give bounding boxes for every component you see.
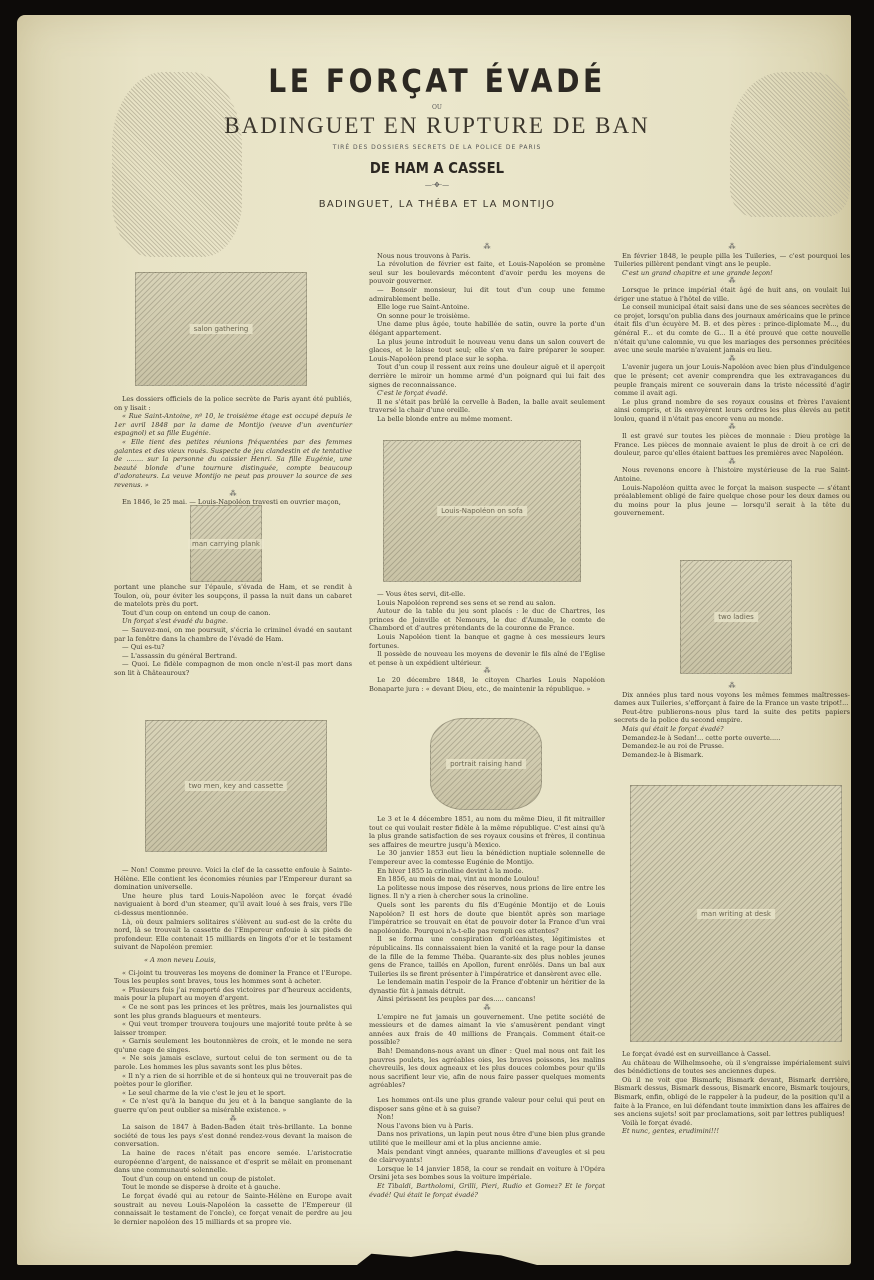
paragraph: Tout d'un coup on entend un coup de cano… [114, 609, 352, 618]
paragraph: Le conseil municipal était saisi dans un… [614, 303, 850, 355]
fleuron-ornament: —·✥·— [0, 181, 874, 189]
sofa-scene-illustration: Louis-Napoléon on sofa [383, 440, 581, 582]
paragraph: Une heure plus tard Louis-Napoléon avec … [114, 892, 352, 918]
paragraph: Un forçat s'est évadé du bagne. [114, 617, 352, 626]
paragraph: C'est le forçat évadé. [369, 389, 605, 398]
two-ladies-illustration: two ladies [680, 560, 792, 674]
paragraph: La haine de races n'était pas encore sem… [114, 1149, 352, 1175]
paragraph: Demandez-le à Bismark. [614, 751, 850, 760]
paragraph: La saison de 1847 à Baden-Baden était tr… [114, 1123, 352, 1149]
paragraph: Les dossiers officiels de la police secr… [114, 395, 352, 412]
paragraph: Lorsque le 14 janvier 1858, la cour se r… [369, 1165, 605, 1182]
left-column-escape: portant une planche sur l'épaule, s'évad… [114, 583, 352, 678]
paragraph: En 1856, au mois de mai, vint au monde L… [369, 875, 605, 884]
title-conjunction: OU [0, 104, 874, 111]
right-column-sedan: ⁂ Dix années plus tard nous voyons les m… [614, 682, 850, 759]
masthead: LE FORÇAT ÉVADÉ OU BADINGUET EN RUPTURE … [0, 62, 874, 210]
separator: ⁂ [614, 682, 850, 691]
paragraph: Louis Napoléon tient la banque et gagne … [369, 633, 605, 650]
paragraph: — Vous êtes servi, dit-elle. [369, 590, 605, 599]
paragraph: « Rue Saint-Antoine, nº 10, le troisième… [114, 412, 352, 438]
paragraph: Il se forma une conspiration d'orléanist… [369, 935, 605, 978]
paragraph: Voilà le forçat évadé. [614, 1119, 850, 1128]
paragraph: Peut-être publierons-nous plus tard la s… [614, 708, 850, 725]
paragraph: Le plus grand nombre de ses royaux cousi… [614, 398, 850, 424]
paragraph: Nous nous trouvons à Paris. [369, 252, 605, 261]
separator: ⁂ [369, 1004, 605, 1013]
paragraph: portant une planche sur l'épaule, s'évad… [114, 583, 352, 609]
separator: ⁂ [369, 667, 605, 676]
paragraph: Et nunc, gentes, erudimini!!! [614, 1127, 850, 1136]
paragraph: « A mon neveu Louis, [114, 956, 352, 965]
paragraph: Bah! Demandons-nous avant un dîner : Que… [369, 1047, 605, 1090]
paragraph: « Ne sois jamais esclave, surtout celui … [114, 1054, 352, 1071]
paragraph: Dans nos privations, un lapin peut nous … [369, 1130, 605, 1147]
paragraph: Le 30 janvier 1853 eut lieu la bénédicti… [369, 849, 605, 866]
paragraph: La plus jeune introduit le nouveau venu … [369, 338, 605, 364]
hand-raising-portrait-illustration: portrait raising hand [430, 718, 542, 810]
paragraph: Nous revenons encore à l'histoire mystér… [614, 466, 850, 483]
paragraph: « Garnis seulement les boutonnières de c… [114, 1037, 352, 1054]
poster-title: LE FORÇAT ÉVADÉ [52, 62, 821, 100]
paragraph: Tout d'un coup il ressent aux reins une … [369, 363, 605, 389]
paragraph: Dix années plus tard nous voyons les mêm… [614, 691, 850, 708]
middle-column-empire: Le 3 et le 4 décembre 1851, au nom du mê… [369, 815, 605, 1199]
paragraph: — Sauvez-moi, on me poursuit, s'écria le… [114, 626, 352, 643]
separator: ⁂ [614, 355, 850, 364]
paragraph: Quels sont les parents du fils d'Eugénie… [369, 901, 605, 935]
paragraph: Le 20 décembre 1848, le citoyen Charles … [369, 676, 605, 693]
paragraph: « Ce n'est qu'à la banque du jeu et à la… [114, 1097, 352, 1114]
paragraph: L'avenir jugera un jour Louis-Napoléon a… [614, 363, 850, 397]
paragraph: En hiver 1855 la crinoline devint à la m… [369, 867, 605, 876]
paragraph: Les hommes ont-ils une plus grande valeu… [369, 1096, 605, 1113]
poster-subtitle: BADINGUET EN RUPTURE DE BAN [0, 113, 874, 139]
paragraph: « Ci-joint tu trouveras les moyens de do… [114, 969, 352, 986]
paragraph: « Elle tient des petites réunions fréque… [114, 438, 352, 490]
paragraph: Tout le monde se disperse à droite et à … [114, 1183, 352, 1192]
paragraph: Nous l'avons bien vu à Paris. [369, 1122, 605, 1131]
section-heading: BADINGUET, LA THÉBA ET LA MONTIJO [0, 199, 874, 210]
paragraph: « Ce ne sont pas les princes et les prêt… [114, 1003, 352, 1020]
salon-gathering-illustration: salon gathering [135, 272, 307, 386]
paragraph: La belle blonde entre au même moment. [369, 415, 605, 424]
paragraph: La politesse nous impose des réserves, n… [369, 884, 605, 901]
paragraph: Et Tibaldi, Bartholomi, Grilli, Pieri, R… [369, 1182, 605, 1199]
left-column-top: Les dossiers officiels de la police secr… [114, 395, 352, 507]
paragraph: — L'assassin du général Bertrand. [114, 652, 352, 661]
paragraph: Au château de Wilhelmsoehe, où il s'engr… [614, 1059, 850, 1076]
left-column-testament: — Non! Comme preuve. Voici la clef de la… [114, 866, 352, 1226]
right-column-top: ⁂ En février 1848, le peuple pilla les T… [614, 243, 850, 518]
source-line: TIRÉ DES DOSSIERS SECRETS DE LA POLICE D… [0, 144, 874, 151]
paragraph: Il possède de nouveau les moyens de deve… [369, 650, 605, 667]
middle-column-top: ⁂ Nous nous trouvons à Paris. La révolut… [369, 243, 605, 423]
paragraph: Autour de la table du jeu sont placés : … [369, 607, 605, 633]
paragraph: Il ne s'était pas brûlé la cervelle à Ba… [369, 398, 605, 415]
paragraph: Louis-Napoléon quitta avec le forçat la … [614, 484, 850, 518]
paragraph: La révolution de février est faite, et L… [369, 260, 605, 286]
paragraph: « Qui veut tromper trouvera toujours une… [114, 1020, 352, 1037]
paragraph: Là, où deux palmiers solitaires s'élèven… [114, 918, 352, 952]
paragraph: — Qui es-tu? [114, 643, 352, 652]
paragraph: Il est gravé sur toutes les pièces de mo… [614, 432, 850, 458]
paragraph: Le forçat évadé est en surveillance à Ca… [614, 1050, 850, 1059]
paragraph: Le lendemain matin l'espoir de la France… [369, 978, 605, 995]
paragraph: — Quoi. Le fidèle compagnon de mon oncle… [114, 660, 352, 677]
paragraph: Une dame plus âgée, toute habillée de sa… [369, 320, 605, 337]
paragraph: « Plusieurs fois j'ai remporté des victo… [114, 986, 352, 1003]
running-mason-illustration: man carrying plank [190, 505, 262, 582]
paragraph: Elle loge rue Saint-Antoine. [369, 303, 605, 312]
separator: ⁂ [614, 423, 850, 432]
desk-scene-illustration: man writing at desk [630, 785, 842, 1042]
paragraph: Mais pendant vingt années, quarante mill… [369, 1148, 605, 1165]
route-heading: DE HAM A CASSEL [52, 159, 821, 177]
paragraph: Lorsque le prince impérial était âgé de … [614, 286, 850, 303]
paragraph: « Il n'y a rien de si horrible et de si … [114, 1072, 352, 1089]
prison-scene-illustration: two men, key and cassette [145, 720, 327, 852]
middle-column-salon: — Vous êtes servi, dit-elle. Louis Napol… [369, 590, 605, 693]
paragraph: L'empire ne fut jamais un gouvernement. … [369, 1013, 605, 1047]
paragraph: Demandez-le à Sedan!... cette porte ouve… [614, 734, 850, 743]
paragraph: — Non! Comme preuve. Voici la clef de la… [114, 866, 352, 892]
paragraph: Le forçat évadé qui au retour de Sainte-… [114, 1192, 352, 1226]
paragraph: Louis Napoléon reprend ses sens et se re… [369, 599, 605, 608]
separator: ⁂ [114, 1115, 352, 1124]
paragraph: Non! [369, 1113, 605, 1122]
paragraph: On sonne pour le troisième. [369, 312, 605, 321]
paragraph: En février 1848, le peuple pilla les Tui… [614, 252, 850, 269]
paragraph: Ainsi périssent les peuples par des.....… [369, 995, 605, 1004]
paragraph: Où il ne voit que Bismark; Bismark devan… [614, 1076, 850, 1119]
right-column-cassel: Le forçat évadé est en surveillance à Ca… [614, 1050, 850, 1136]
separator: ⁂ [614, 277, 850, 286]
separator: ⁂ [114, 490, 352, 499]
separator: ⁂ [369, 243, 605, 252]
paragraph: Mais qui était le forçat évadé? [614, 725, 850, 734]
paragraph: Demandez-le au roi de Prusse. [614, 742, 850, 751]
paragraph: — Bonsoir monsieur, lui dit tout d'un co… [369, 286, 605, 303]
separator: ⁂ [614, 243, 850, 252]
paragraph: Le 3 et le 4 décembre 1851, au nom du mê… [369, 815, 605, 849]
